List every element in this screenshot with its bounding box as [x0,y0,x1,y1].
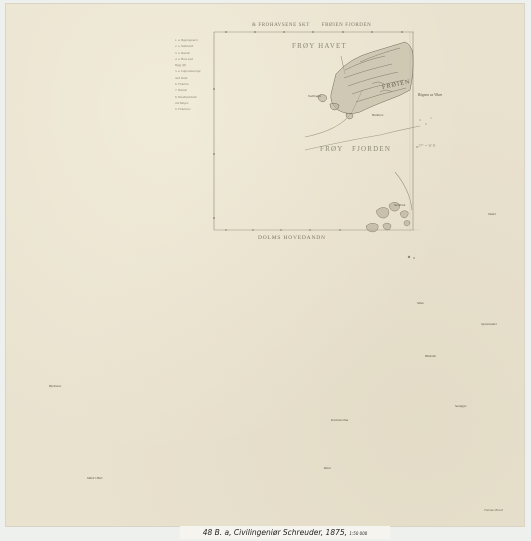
annotation-right: Rögnen ca Viken [418,93,442,97]
place-name: Svellingen [308,94,321,98]
place-name: Sinkel [488,212,496,216]
place-name: Sandgjev [455,404,467,408]
caption-scale: 1:50 000 [349,531,367,536]
place-name: Sumbrok [394,203,405,207]
bottom-title: DOLMS HOVEDANDN [258,235,326,241]
annotation-formula: 17° = W·N [418,143,435,148]
label-fjorden: FJORDEN [352,145,391,153]
place-name: Mbeiri Holv [87,476,103,480]
place-name: Hikholm [425,354,436,358]
place-name: Sklas [417,301,424,305]
place-name: Hjelmene [49,384,61,388]
caption-text: 48 B. a, Civilingeniør Schreuder, 1875, [203,528,350,537]
signature: Thomas Broch [484,508,503,512]
label-froy: FRØY [320,145,343,153]
place-name: Hallaren [372,113,383,117]
map-drawing [0,0,531,541]
place-name: Risvé [324,466,331,470]
place-name: Kremmervika [331,418,348,422]
place-name: Gjeessundet [481,322,497,326]
label-frohavet: FRØY HAVET [292,42,347,50]
frame-title: & FROHAVSENE SKT FRØIEN FJORDEN [252,23,381,28]
caption-strip: 48 B. a, Civilingeniør Schreuder, 1875, … [180,526,390,539]
map-legend: 1. a. Bygningsnæst 2. a. Skibsleied 3. a… [175,37,217,113]
